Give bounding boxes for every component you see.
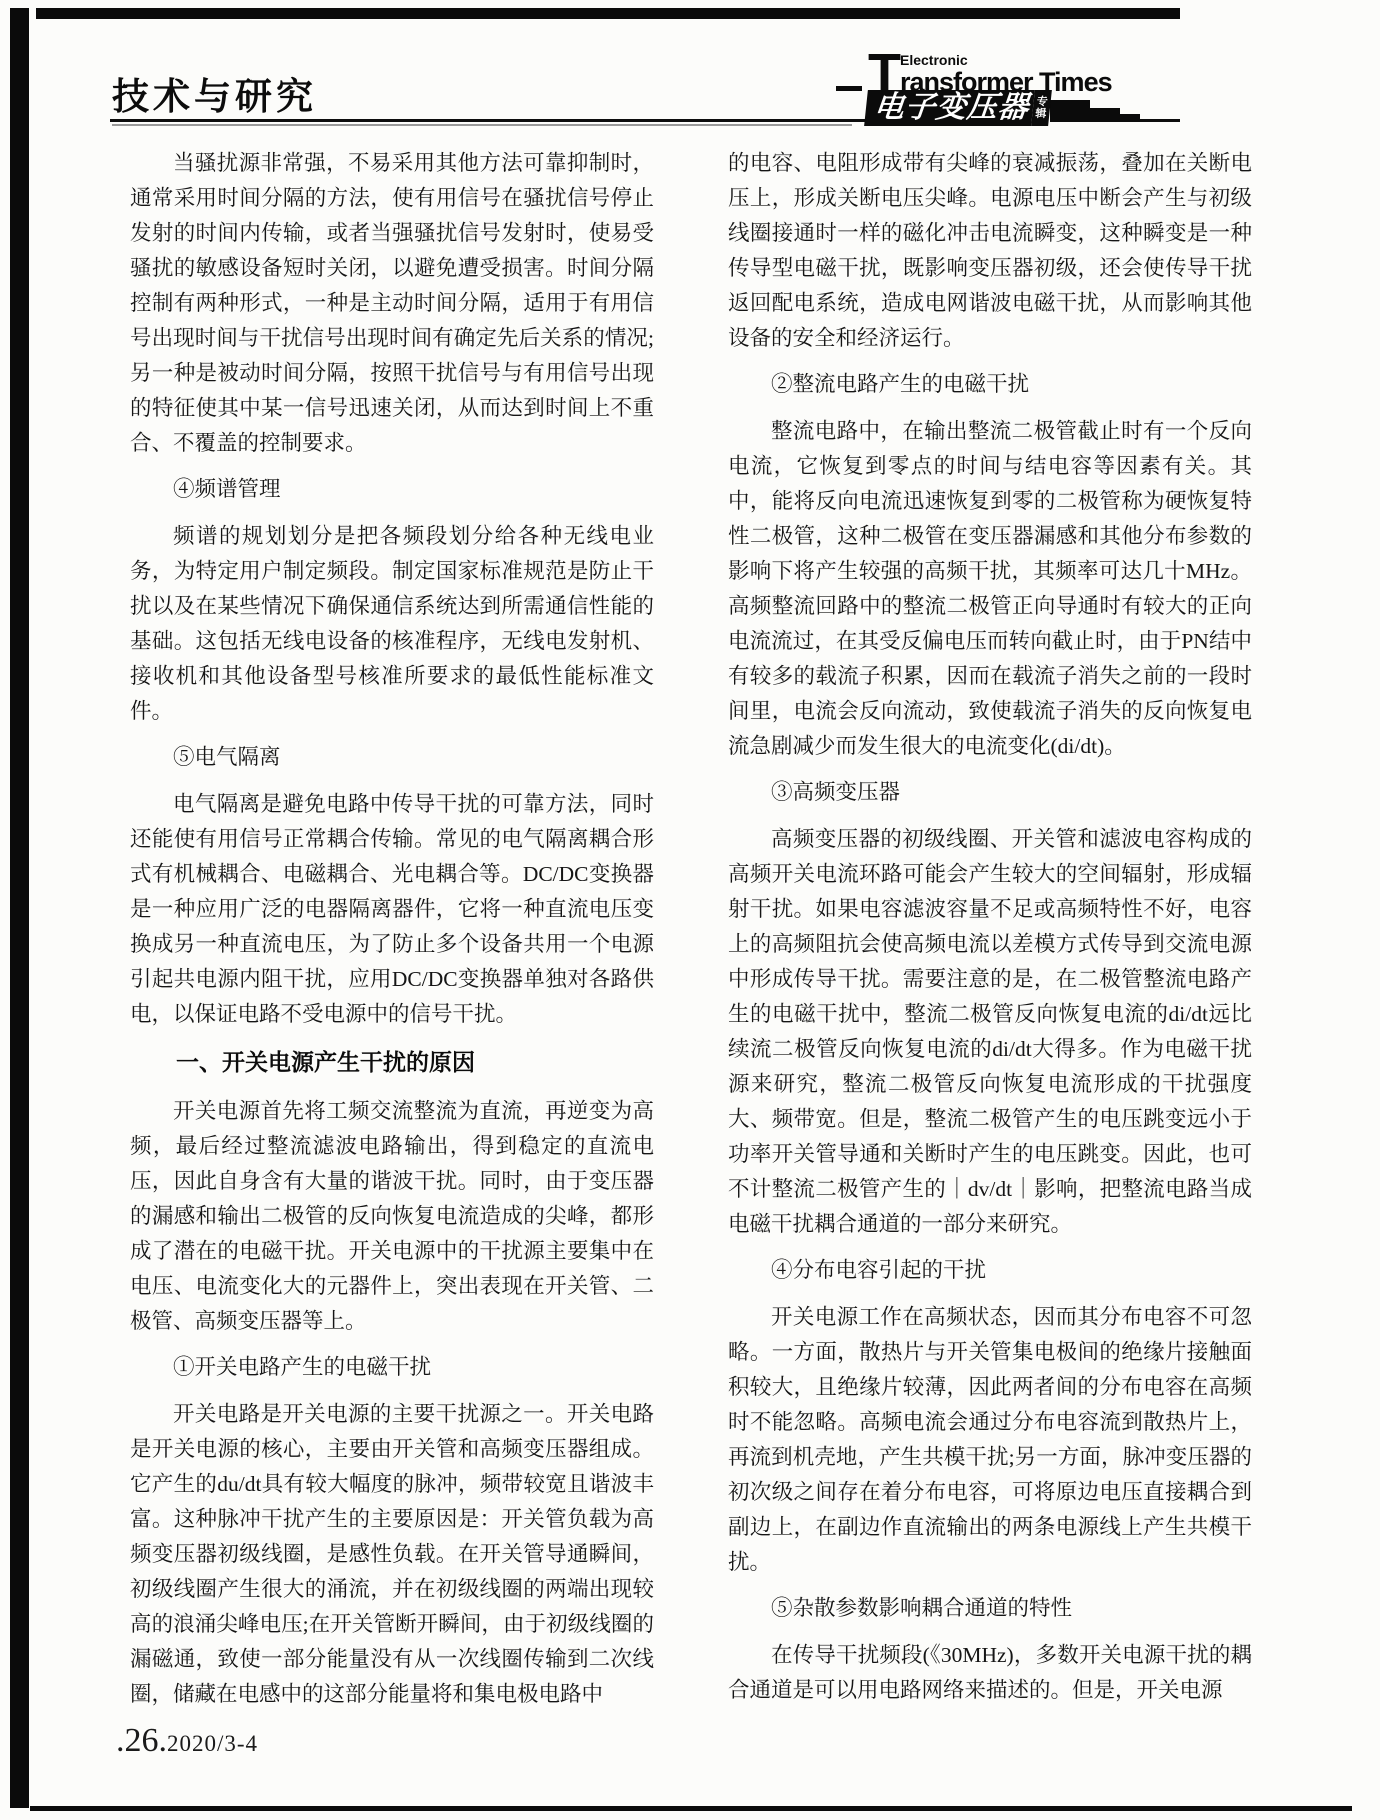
paragraph-switching-circuit: 开关电路是开关电源的主要干扰源之一。开关电路是开关电源的核心，主要由开关管和高频… bbox=[130, 1397, 654, 1712]
paragraph-isolation: 电气隔离是避免电路中传导干扰的可靠方法，同时还能使有用信号正常耦合传输。常见的电… bbox=[130, 787, 654, 1032]
subheading-hf-transformer: ③高频变压器 bbox=[728, 775, 1252, 810]
issue-number: 2020/3-4 bbox=[167, 1731, 258, 1757]
left-edge-bar bbox=[10, 8, 29, 1808]
bottom-rule bbox=[30, 1806, 1352, 1811]
magazine-logo-chinese: 电子变压器 专 辑 bbox=[866, 90, 1140, 130]
logo-chinese-subtitle: 专 辑 bbox=[1031, 90, 1052, 126]
logo-dash bbox=[836, 86, 862, 91]
paragraph-stray-parameters: 在传导干扰频段(《30MHz)，多数开关电源干扰的耦合通道是可以用电路网络来描述… bbox=[728, 1638, 1252, 1708]
logo-step-block bbox=[1120, 114, 1140, 122]
paragraph-distributed-capacitance: 开关电源工作在高频状态，因而其分布电容不可忽略。一方面，散热片与开关管集电极间的… bbox=[728, 1300, 1252, 1580]
section-heading-smps-interference-causes: 一、开关电源产生干扰的原因 bbox=[130, 1045, 654, 1080]
top-edge-bar bbox=[36, 8, 1180, 19]
logo-chinese-title: 电子变压器 bbox=[864, 90, 1035, 126]
subheading-spectrum-management: ④频谱管理 bbox=[130, 472, 654, 507]
page-number: .26. bbox=[116, 1722, 167, 1760]
paragraph-smps-overview: 开关电源首先将工频交流整流为直流，再逆变为高频，最后经过整流滤波电路输出，得到稳… bbox=[130, 1094, 654, 1339]
logo-small-char-bottom: 辑 bbox=[1035, 108, 1047, 120]
logo-small-char-top: 专 bbox=[1036, 96, 1048, 108]
paragraph-switching-circuit-continued: 的电容、电阻形成带有尖峰的衰减振荡，叠加在关断电压上，形成关断电压尖峰。电源电压… bbox=[728, 146, 1252, 356]
paragraph-spectrum: 频谱的规划划分是把各频段划分给各种无线电业务，为特定用户制定频段。制定国家标准规… bbox=[130, 519, 654, 729]
paragraph-time-separation: 当骚扰源非常强，不易采用其他方法可靠抑制时，通常采用时间分隔的方法，使有用信号在… bbox=[130, 146, 654, 461]
logo-word-electronic: Electronic bbox=[900, 53, 1112, 67]
subheading-switching-circuit-emi: ①开关电路产生的电磁干扰 bbox=[130, 1350, 654, 1385]
right-column: 的电容、电阻形成带有尖峰的衰减振荡，叠加在关断电压上，形成关断电压尖峰。电源电压… bbox=[728, 146, 1252, 1712]
logo-step-block bbox=[1090, 108, 1120, 122]
section-label: 技术与研究 bbox=[112, 66, 317, 120]
subheading-electrical-isolation: ⑤电气隔离 bbox=[130, 740, 654, 775]
paragraph-rectifier: 整流电路中，在输出整流二极管截止时有一个反向电流，它恢复到零点的时间与结电容等因… bbox=[728, 414, 1252, 764]
logo-step-block bbox=[1050, 100, 1090, 122]
left-column: 当骚扰源非常强，不易采用其他方法可靠抑制时，通常采用时间分隔的方法，使有用信号在… bbox=[130, 146, 654, 1712]
page-footer: .26. 2020/3-4 bbox=[116, 1722, 258, 1760]
article-body: 当骚扰源非常强，不易采用其他方法可靠抑制时，通常采用时间分隔的方法，使有用信号在… bbox=[130, 146, 1252, 1712]
scanned-article-page: 技术与研究 T Electronic ransformer Times 电子变压… bbox=[0, 0, 1380, 1820]
subheading-stray-parameters: ⑤杂散参数影响耦合通道的特性 bbox=[728, 1591, 1252, 1626]
subheading-rectifier-emi: ②整流电路产生的电磁干扰 bbox=[728, 367, 1252, 402]
paragraph-hf-transformer: 高频变压器的初级线圈、开关管和滤波电容构成的高频开关电流环路可能会产生较大的空间… bbox=[728, 822, 1252, 1242]
header-rule-shadow bbox=[112, 124, 852, 126]
header-rule bbox=[110, 119, 866, 122]
subheading-distributed-capacitance: ④分布电容引起的干扰 bbox=[728, 1253, 1252, 1288]
